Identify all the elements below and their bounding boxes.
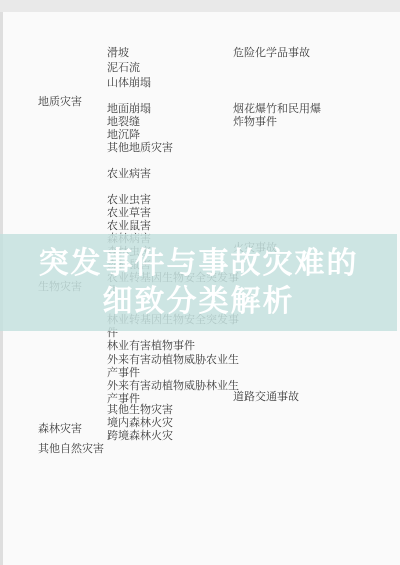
disaster-subtype: 外来有害动植物威胁农业生产事件	[107, 353, 247, 379]
page: { "page": { "bg": "#fafafa", "top_band_c…	[0, 0, 400, 565]
accident-type: 烟花爆竹和民用爆炸物事件	[233, 102, 325, 128]
title-overlay: 突发事件与事故灾难的 细致分类解析	[0, 234, 397, 331]
disaster-subtype: 其他生物灾害	[107, 403, 247, 416]
accident-type: 道路交通事故	[233, 390, 325, 403]
disaster-subtype: 跨境森林火灾	[107, 429, 247, 442]
disaster-subtype: 滑坡	[107, 46, 247, 59]
disaster-subtype: 林业有害植物事件	[107, 339, 247, 352]
category-label: 地质灾害	[38, 95, 82, 108]
overlay-title-line1: 突发事件与事故灾难的	[39, 245, 359, 283]
disaster-subtype: 地裂缝	[107, 115, 247, 128]
disaster-subtype: 地面崩塌	[107, 102, 247, 115]
accident-type: 危险化学品事故	[233, 46, 325, 59]
category-label: 森林灾害	[38, 422, 82, 435]
overlay-title-line2: 细致分类解析	[103, 283, 295, 321]
disaster-subtype: 地沉降	[107, 128, 247, 141]
disaster-subtype: 境内森林火灾	[107, 416, 247, 429]
disaster-subtype: 农业草害	[107, 206, 247, 219]
disaster-subtype: 泥石流	[107, 61, 247, 74]
disaster-subtype: 农业鼠害	[107, 219, 247, 232]
disaster-subtype: 其他地质灾害	[107, 141, 247, 154]
disaster-subtype: 农业虫害	[107, 193, 247, 206]
disaster-subtype: 外来有害动植物威胁林业生产事件	[107, 379, 247, 405]
category-label: 其他自然灾害	[38, 442, 104, 455]
disaster-subtype: 山体崩塌	[107, 76, 247, 89]
disaster-subtype: 农业病害	[107, 167, 247, 180]
top-gray-band	[0, 0, 400, 12]
